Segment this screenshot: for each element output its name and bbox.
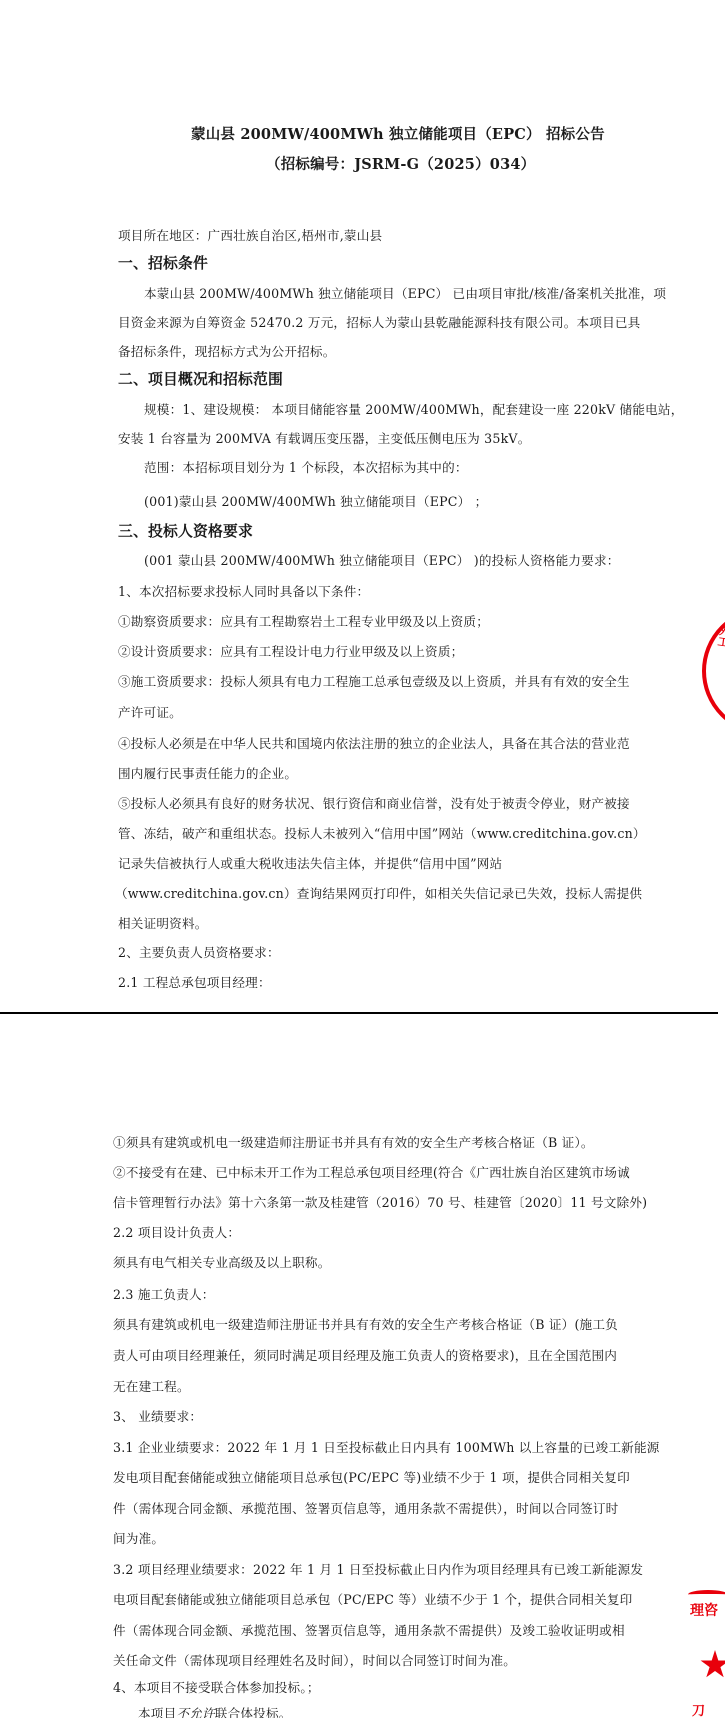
seal-text: 刀 xyxy=(692,1700,705,1718)
section-heading-2: 二、项目概况和招标范围 xyxy=(118,372,283,388)
paragraph-line: 责人可由项目经理兼任，须同时满足项目经理及施工负责人的资格要求)，且在全国范围内 xyxy=(113,1348,617,1364)
paragraph-line: 须具有建筑或机电一级建造师注册证书并具有有效的安全生产考核合格证（B 证）(施工… xyxy=(113,1317,618,1333)
paragraph-line: 2.1 工程总承包项目经理： xyxy=(118,975,271,991)
paragraph-line: 发电项目配套储能或独立储能项目总承包(PC/EPC 等)业绩不少于 1 项，提供… xyxy=(113,1470,630,1486)
paragraph-line: (001)蒙山县 200MW/400MWh 独立储能项目（EPC） ； xyxy=(144,494,487,510)
project-location: 项目所在地区：广西壮族自治区,梧州市,蒙山县 xyxy=(118,228,382,244)
paragraph-line: (001 蒙山县 200MW/400MWh 独立储能项目（EPC） )的投标人资… xyxy=(144,553,620,569)
star-icon xyxy=(700,1650,725,1680)
paragraph-line: 备招标条件，现招标方式为公开招标。 xyxy=(118,344,336,360)
paragraph-line: 3、 业绩要求： xyxy=(113,1409,202,1425)
page-divider xyxy=(0,1012,718,1014)
paragraph-line: 本蒙山县 200MW/400MWh 独立储能项目（EPC） 已由项目审批/核准/… xyxy=(144,286,666,302)
paragraph-line: 2.2 项目设计负责人： xyxy=(113,1225,240,1241)
paragraph-line: 规模：1、建设规模： 本项目储能容量 200MW/400MWh，配套建设一座 2… xyxy=(144,402,684,418)
text-segment-italic: 不允许 xyxy=(176,1706,214,1718)
paragraph-line: 本项目不允许联合体投标。 xyxy=(138,1706,292,1718)
paragraph-line: 件（需体现合同金额、承揽范围、签署页信息等，通用条款不需提供）及竣工验收证明或相 xyxy=(113,1623,625,1639)
paragraph-line: 记录失信被执行人或重大税收违法失信主体，并提供“信用中国”网站 xyxy=(118,856,502,872)
official-seal-stamp xyxy=(688,1590,725,1599)
paragraph-line: 无在建工程。 xyxy=(113,1379,190,1395)
paragraph-line: 须具有电气相关专业高级及以上职称。 xyxy=(113,1255,331,1271)
paragraph-line: 电项目配套储能或独立储能项目总承包（PC/EPC 等）业绩不少于 1 个，提供合… xyxy=(113,1592,632,1608)
text-segment: 本项目 xyxy=(138,1706,176,1718)
paragraph-line: 产许可证。 xyxy=(118,705,182,721)
paragraph-line: ②设计资质要求：应具有工程设计电力行业甲级及以上资质； xyxy=(118,644,463,660)
paragraph-line: 件（需体现合同金额、承揽范围、签署页信息等，通用条款不需提供），时间以合同签订时 xyxy=(113,1501,618,1517)
paragraph-line: 范围：本招标项目划分为 1 个标段，本次招标为其中的： xyxy=(144,460,468,476)
paragraph-line: 2、主要负责人员资格要求： xyxy=(118,945,280,961)
tender-number: （招标编号：JSRM-G（2025）034） xyxy=(266,157,535,173)
seal-text: 外工 xyxy=(711,624,725,649)
paragraph-line: 1、本次招标要求投标人同时具备以下条件： xyxy=(118,584,369,600)
paragraph-line: ③施工资质要求：投标人须具有电力工程施工总承包壹级及以上资质，并具有有效的安全生 xyxy=(118,674,630,690)
section-heading-1: 一、招标条件 xyxy=(118,256,208,272)
paragraph-line: 管、冻结，破产和重组状态。投标人未被列入“信用中国”网站（www.creditc… xyxy=(118,826,646,842)
paragraph-line: 围内履行民事责任能力的企业。 xyxy=(118,766,297,782)
paragraph-line: （www.creditchina.gov.cn）查询结果网页打印件，如相关失信记… xyxy=(115,886,642,902)
paragraph-line: 3.2 项目经理业绩要求：2022 年 1 月 1 日至投标截止日内作为项目经理… xyxy=(113,1562,643,1578)
document-title: 蒙山县 200MW/400MWh 独立储能项目（EPC） 招标公告 xyxy=(191,127,605,143)
paragraph-line: 安装 1 台容量为 200MVA 有载调压变压器，主变低压侧电压为 35kV。 xyxy=(118,431,531,447)
text-segment: 联合体投标。 xyxy=(215,1706,292,1718)
section-heading-3: 三、投标人资格要求 xyxy=(118,524,253,540)
paragraph-line: 间为准。 xyxy=(113,1531,164,1547)
paragraph-line: ④投标人必须是在中华人民共和国境内依法注册的独立的企业法人，具备在其合法的营业范 xyxy=(118,736,630,752)
paragraph-line: 关任命文件（需体现项目经理姓名及时间），时间以合同签订时间为准。 xyxy=(113,1653,516,1669)
paragraph-line: 4、本项目不接受联合体参加投标。； xyxy=(113,1680,320,1696)
paragraph-line: 2.3 施工负责人： xyxy=(113,1287,215,1303)
paragraph-line: ⑤投标人必须具有良好的财务状况、银行资信和商业信誉，没有处于被责令停业，财产被接 xyxy=(118,796,630,812)
paragraph-line: 3.1 企业业绩要求：2022 年 1 月 1 日至投标截止日内具有 100MW… xyxy=(113,1440,660,1456)
seal-text: 理咨 xyxy=(690,1600,718,1620)
paragraph-line: ②不接受有在建、已中标未开工作为工程总承包项目经理(符合《广西壮族自治区建筑市场… xyxy=(113,1165,630,1181)
paragraph-line: ①勘察资质要求：应具有工程勘察岩土工程专业甲级及以上资质； xyxy=(118,614,489,630)
paragraph-line: 目资金来源为自筹资金 52470.2 万元，招标人为蒙山县乾融能源科技有限公司。… xyxy=(118,315,640,331)
paragraph-line: ①须具有建筑或机电一级建造师注册证书并具有有效的安全生产考核合格证（B 证）。 xyxy=(113,1135,594,1151)
paragraph-line: 信卡管理暂行办法》第十六条第一款及桂建管（2016）70 号、桂建管〔2020〕… xyxy=(113,1195,647,1211)
paragraph-line: 相关证明资料。 xyxy=(118,916,208,932)
